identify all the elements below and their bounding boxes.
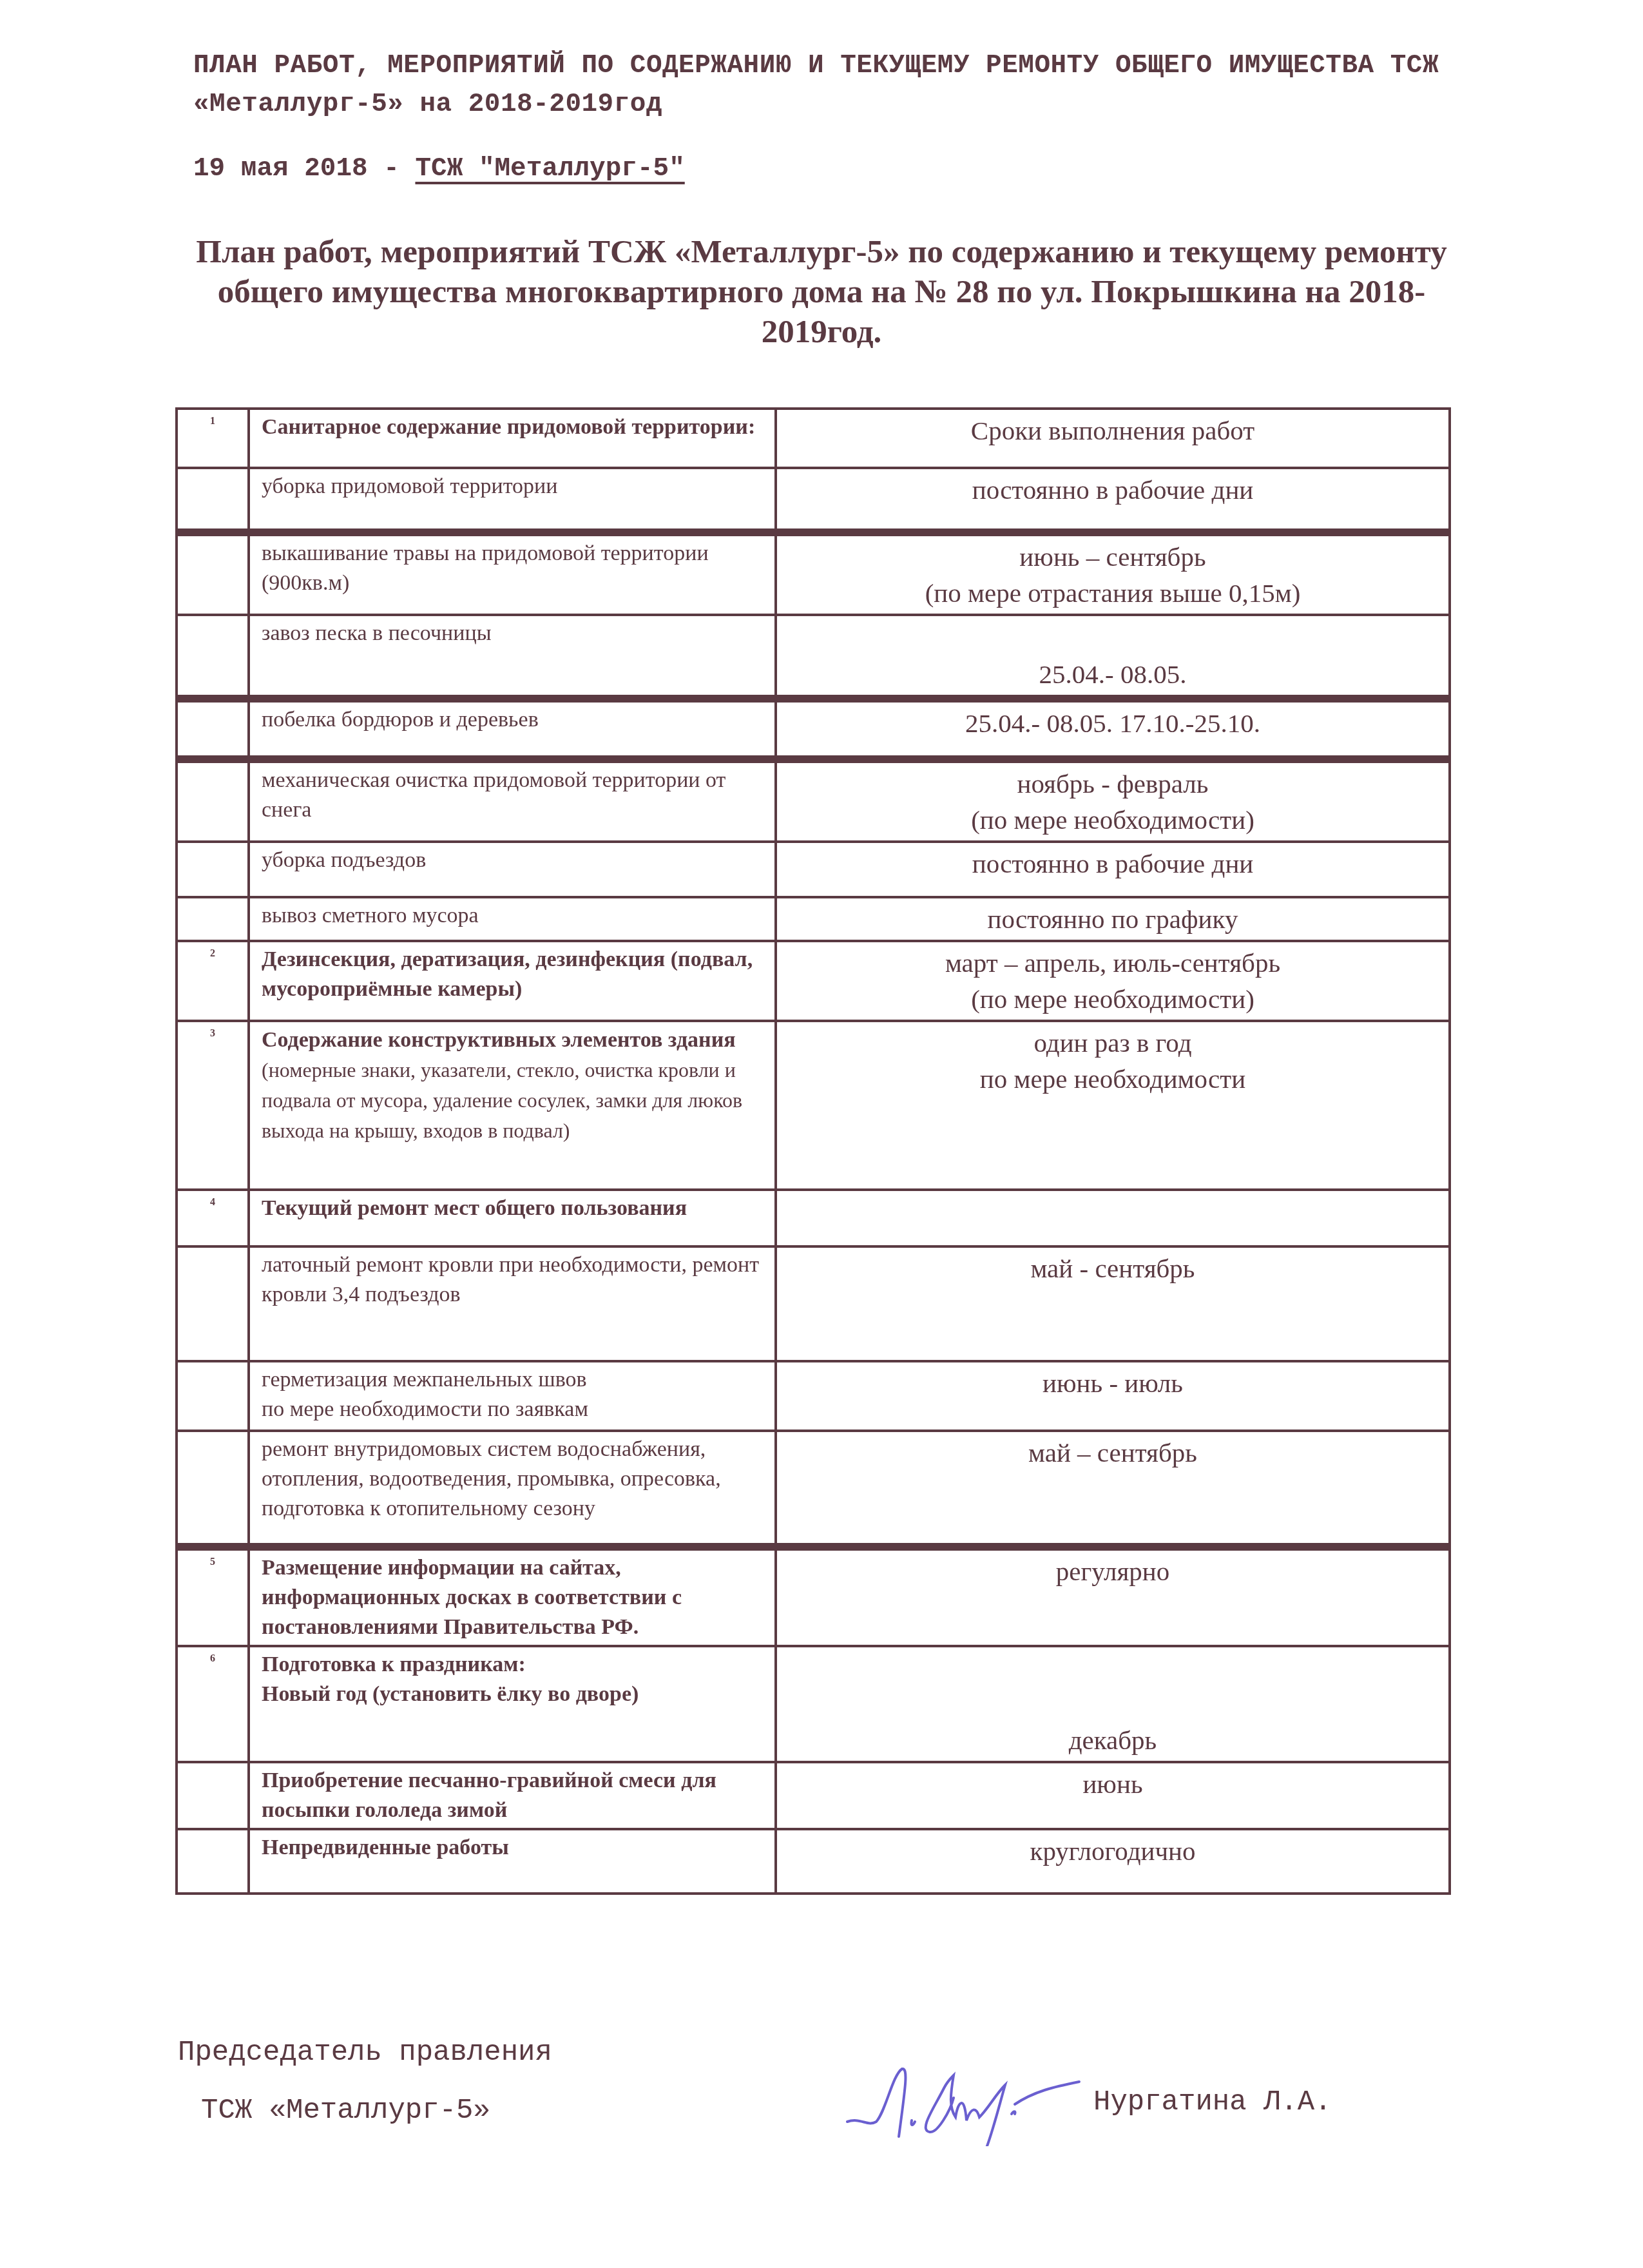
table-row: 4Текущий ремонт мест общего пользования — [177, 1190, 1450, 1246]
row-number: 5 — [177, 1547, 249, 1646]
row-number — [177, 1431, 249, 1547]
activity-text: завоз песка в песочницы — [262, 621, 492, 645]
row-number — [177, 615, 249, 699]
activity-heading: Содержание конструктивных элементов здан… — [262, 1028, 736, 1052]
activity-cell: механическая очистка придомовой территор… — [249, 759, 776, 842]
activity-cell: герметизация межпанельных швов по мере н… — [249, 1361, 776, 1431]
row-number — [177, 468, 249, 532]
table-row: побелка бордюров и деревьев25.04.- 08.05… — [177, 699, 1450, 759]
row-number — [177, 1762, 249, 1829]
activity-cell: вывоз сметного мусора — [249, 897, 776, 941]
activity-text: Подготовка к праздникам: Новый год (уста… — [262, 1653, 639, 1706]
table-row: 1Санитарное содержание придомовой террит… — [177, 409, 1450, 468]
row-number: 1 — [177, 409, 249, 468]
row-number — [177, 1246, 249, 1361]
term-cell: один раз в год по мере необходимости — [776, 1021, 1450, 1190]
signatory-role-line1: Председатель правления — [178, 2024, 552, 2082]
table-row: латочный ремонт кровли при необходимости… — [177, 1246, 1450, 1361]
activity-cell: Текущий ремонт мест общего пользования — [249, 1190, 776, 1246]
activity-text: уборка подъездов — [262, 848, 426, 872]
term-cell: июнь — [776, 1762, 1450, 1829]
activity-cell: Приобретение песчанно-гравийной смеси дл… — [249, 1762, 776, 1829]
row-number — [177, 532, 249, 615]
table-row: 2Дезинсекция, дератизация, дезинфекция (… — [177, 941, 1450, 1021]
activity-text: Размещение информации на сайтах, информа… — [262, 1556, 682, 1639]
row-number: 4 — [177, 1190, 249, 1246]
header-date: 19 мая 2018 - — [193, 154, 415, 184]
table-row: герметизация межпанельных швов по мере н… — [177, 1361, 1450, 1431]
row-number — [177, 897, 249, 941]
table-row: уборка подъездовпостоянно в рабочие дни — [177, 842, 1450, 897]
term-cell: постоянно в рабочие дни — [776, 468, 1450, 532]
table-row: вывоз сметного мусорапостоянно по график… — [177, 897, 1450, 941]
signatory-name: Нургатина Л.А. — [1093, 2083, 1332, 2122]
term-cell: июнь – сентябрь (по мере отрастания выше… — [776, 532, 1450, 615]
activity-cell: побелка бордюров и деревьев — [249, 699, 776, 759]
activity-cell: Дезинсекция, дератизация, дезинфекция (п… — [249, 941, 776, 1021]
table-row: ремонт внутридомовых систем водоснабжени… — [177, 1431, 1450, 1547]
row-number: 6 — [177, 1646, 249, 1762]
term-cell: постоянно по графику — [776, 897, 1450, 941]
term-cell: постоянно в рабочие дни — [776, 842, 1450, 897]
term-cell: 25.04.- 08.05. 17.10.-25.10. — [776, 699, 1450, 759]
row-number: 2 — [177, 941, 249, 1021]
term-cell: 25.04.- 08.05. — [776, 615, 1450, 699]
activity-text: Непредвиденные работы — [262, 1836, 509, 1859]
activity-cell: уборка придомовой территории — [249, 468, 776, 532]
activity-cell: Подготовка к праздникам: Новый год (уста… — [249, 1646, 776, 1762]
handwritten-signature-icon — [821, 2050, 1092, 2146]
activity-text: Санитарное содержание придомовой террито… — [262, 415, 755, 439]
activity-cell: Размещение информации на сайтах, информа… — [249, 1547, 776, 1646]
table-row: Непредвиденные работыкруглогодично — [177, 1829, 1450, 1894]
row-number — [177, 1361, 249, 1431]
activity-text: выкашивание травы на придомовой территор… — [262, 541, 709, 595]
activity-text: Приобретение песчанно-гравийной смеси дл… — [262, 1769, 716, 1822]
term-cell: май – сентябрь — [776, 1431, 1450, 1547]
activity-text: уборка придомовой территории — [262, 474, 557, 498]
activity-cell: выкашивание травы на придомовой территор… — [249, 532, 776, 615]
activity-cell: Содержание конструктивных элементов здан… — [249, 1021, 776, 1190]
table-row: уборка придомовой территориипостоянно в … — [177, 468, 1450, 532]
activity-cell: Санитарное содержание придомовой террито… — [249, 409, 776, 468]
activity-text: вывоз сметного мусора — [262, 904, 479, 927]
activity-cell: уборка подъездов — [249, 842, 776, 897]
activity-text: побелка бордюров и деревьев — [262, 708, 539, 732]
signatory-role: Председатель правления ТСЖ «Металлург-5» — [178, 2024, 552, 2140]
table-row: 6Подготовка к праздникам: Новый год (уст… — [177, 1646, 1450, 1762]
activity-cell: ремонт внутридомовых систем водоснабжени… — [249, 1431, 776, 1547]
header-title: ПЛАН РАБОТ, МЕРОПРИЯТИЙ ПО СОДЕРЖАНИЮ И … — [193, 46, 1450, 124]
activity-text: механическая очистка придомовой территор… — [262, 768, 725, 822]
table-row: 5Размещение информации на сайтах, информ… — [177, 1547, 1450, 1646]
term-cell: круглогодично — [776, 1829, 1450, 1894]
row-number — [177, 759, 249, 842]
term-cell: июнь - июль — [776, 1361, 1450, 1431]
header-org: ТСЖ "Металлург-5" — [415, 154, 684, 184]
activity-text: герметизация межпанельных швов по мере н… — [262, 1368, 588, 1421]
term-cell — [776, 1190, 1450, 1246]
row-number — [177, 1829, 249, 1894]
document-title: План работ, мероприятий ТСЖ «Металлург-5… — [193, 232, 1450, 352]
term-cell: декабрь — [776, 1646, 1450, 1762]
table-row: механическая очистка придомовой территор… — [177, 759, 1450, 842]
table-row: выкашивание травы на придомовой территор… — [177, 532, 1450, 615]
term-cell: ноябрь - февраль (по мере необходимости) — [776, 759, 1450, 842]
table-row: Приобретение песчанно-гравийной смеси дл… — [177, 1762, 1450, 1829]
activity-text: латочный ремонт кровли при необходимости… — [262, 1253, 759, 1306]
row-number — [177, 699, 249, 759]
term-cell: регулярно — [776, 1547, 1450, 1646]
term-cell: май - сентябрь — [776, 1246, 1450, 1361]
activity-cell: латочный ремонт кровли при необходимости… — [249, 1246, 776, 1361]
signatory-role-line2: ТСЖ «Металлург-5» — [178, 2082, 552, 2140]
row-number — [177, 842, 249, 897]
activity-detail: (номерные знаки, указатели, стекло, очис… — [262, 1058, 742, 1142]
term-cell: март – апрель, июль-сентябрь (по мере не… — [776, 941, 1450, 1021]
term-cell: Сроки выполнения работ — [776, 409, 1450, 468]
activity-cell: завоз песка в песочницы — [249, 615, 776, 699]
activity-text: Дезинсекция, дератизация, дезинфекция (п… — [262, 947, 753, 1001]
header-date-line: 19 мая 2018 - ТСЖ "Металлург-5" — [193, 150, 685, 188]
row-number: 3 — [177, 1021, 249, 1190]
table-row: 3Содержание конструктивных элементов зда… — [177, 1021, 1450, 1190]
work-plan-table: 1Санитарное содержание придомовой террит… — [175, 407, 1451, 1895]
activity-cell: Непредвиденные работы — [249, 1829, 776, 1894]
activity-text: ремонт внутридомовых систем водоснабжени… — [262, 1437, 721, 1520]
table-row: завоз песка в песочницы25.04.- 08.05. — [177, 615, 1450, 699]
activity-text: Текущий ремонт мест общего пользования — [262, 1196, 687, 1220]
